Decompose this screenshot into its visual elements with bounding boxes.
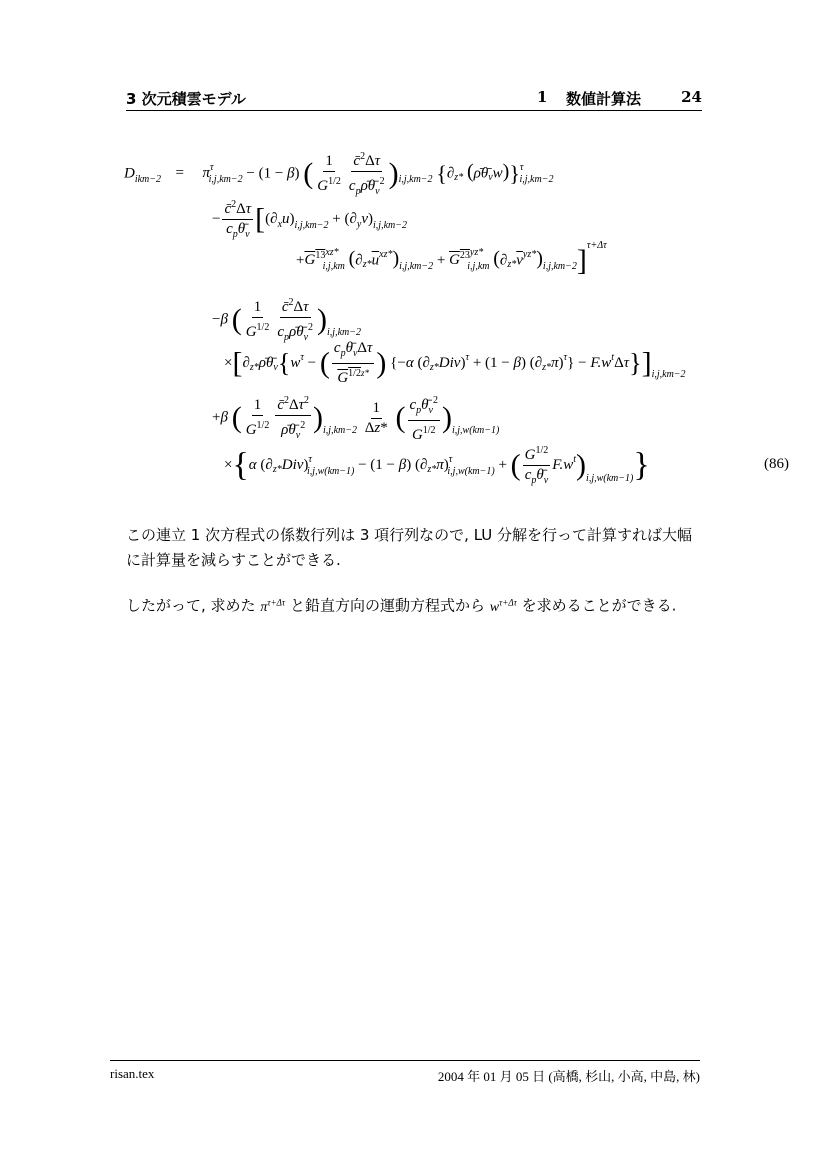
paragraph-1: この連立 1 次方程式の係数行列は 3 項行列なので, LU 分解を行って計算す…	[126, 523, 706, 573]
footer-rule	[110, 1060, 700, 1061]
equation-line-6: +β (1G1/2c̄2Δτ2ρ̄θ̄v2)i,j,km−2 1Δz* (cpθ…	[212, 392, 499, 444]
equation-line-1: Dikm−2 = πτi,j,km−2 − (1 − β) (1G1/2c̄2Δ…	[124, 148, 553, 200]
equals-sign: =	[165, 165, 195, 182]
paragraph-2-text-c: を求めることができる.	[522, 597, 677, 615]
w-letter: w	[490, 600, 499, 615]
paragraph-2: したがって, 求めた πτ+Δτ と鉛直方向の運動方程式から wτ+Δτ を求め…	[126, 590, 706, 620]
footer-filename: risan.tex	[110, 1066, 154, 1082]
w-superscript: τ+Δτ	[499, 597, 517, 607]
section-title: 数値計算法	[566, 88, 641, 109]
paragraph-2-text-a: したがって, 求めた	[126, 597, 256, 615]
section-number: 1	[537, 88, 547, 106]
equation-line-4: −β (1G1/2c̄2Δτcpρ̄θ̄v2)i,j,km−2	[212, 294, 361, 346]
header-rule	[126, 110, 702, 111]
paragraph-2-text-b: と鉛直方向の運動方程式から	[290, 597, 485, 615]
page-number: 24	[681, 88, 702, 106]
chapter-title: 3 次元積雲モデル	[126, 88, 246, 109]
w-symbol: wτ+Δτ	[490, 600, 517, 615]
pi-superscript: τ+Δτ	[267, 597, 285, 607]
equation-line-3: +G13xz*i,j,km (∂z*uxz*)i,j,km−2 + G23yz*…	[296, 246, 607, 276]
footer-date-authors: 2004 年 01 月 05 日 (高橋, 杉山, 小高, 中島, 林)	[438, 1066, 700, 1085]
running-header: 3 次元積雲モデル 1 数値計算法 24	[126, 88, 702, 110]
pi-symbol: πτ+Δτ	[260, 600, 285, 615]
equation-number: (86)	[764, 456, 789, 473]
equation-line-7: ×{α (∂z*Div)τi,j,w(km−1) − (1 − β) (∂z*π…	[224, 442, 650, 489]
equation-line-2: −c̄2Δτcpθ̄v[(∂xu)i,j,km−2 + (∂yv)i,j,km−…	[212, 196, 407, 243]
equation-line-5: ×[∂z*ρ̄θ̄v{wτ − (cpθ̄vΔτG1/2z*) {−α (∂z*…	[224, 340, 686, 387]
